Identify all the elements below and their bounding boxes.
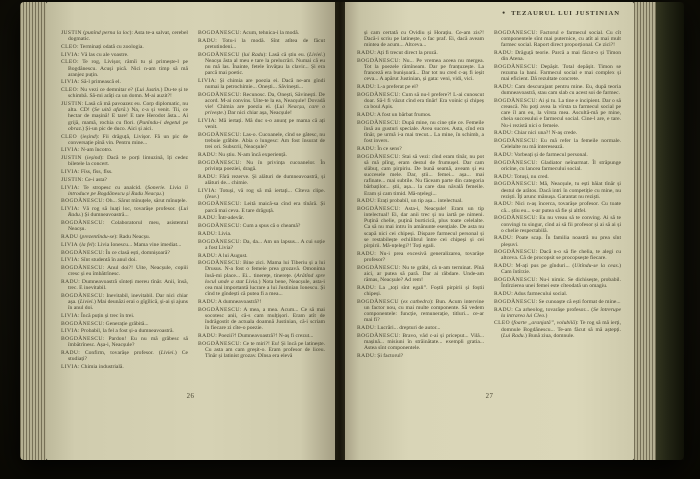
right-page-column-1: și cam certată cu Ovidiu și Horațiu. Ce-… [357,30,484,388]
right-page-text-block: și cam certată cu Ovidiu și Horațiu. Ce-… [357,30,621,388]
dialogue-paragraph: BOGDĂNESCU: Se cunoaște că ești format d… [494,299,621,305]
dialogue-paragraph: BOGDĂNESCU: Acum, tehnica-i la modă. [198,30,325,36]
dialogue-paragraph: CLEO: Nu vezi ce demnitar e? (Lui Justin… [61,87,188,99]
dialogue-paragraph: BOGDĂNESCU: Nu în privința cucoanelor. Î… [198,160,325,172]
right-page: ● TEZAURUL LUI JUSTINIAN și cam certată … [345,2,634,460]
dialogue-paragraph: BOGDĂNESCU: După mine, nu cine știe ce. … [357,120,484,145]
dialogue-paragraph: LIVIA: Vă las cu ale voastre. [61,52,188,58]
dialogue-paragraph: LIVIA: Probabil, la fel a fost și-a dumn… [61,328,188,334]
dialogue-paragraph: BOGDĂNESCU: Cum să nu-l prefere?! L-ai c… [357,92,484,110]
dialogue-paragraph: RADU: L-a preferat pe el? [357,84,484,90]
dialogue-paragraph: BOGDĂNESCU: Stai să vezi: cînd eram tînă… [357,154,484,197]
page-edges-left [20,2,46,460]
dialogue-paragraph: LIVIA: Totuși, vă rog să mă iertați... C… [198,188,325,200]
dialogue-paragraph: RADU: Chiar nici una?! N-aș crede. [494,130,621,136]
right-page-column-2: BOGDĂNESCU: Factorul e farmecul social. … [494,30,621,388]
dialogue-paragraph: BOGDĂNESCU: Inevitabil, inevitabil. Dar … [61,293,188,311]
dialogue-paragraph: BOGDĂNESCU: Ai și tu. La tine e incipien… [494,98,621,129]
dialogue-paragraph: BOGDĂNESCU: Generație grăbită... [61,321,188,327]
dialogue-paragraph: BOGDĂNESCU: Bine zici. Mama lui Tiberiu … [198,260,325,297]
dialogue-paragraph: BOGDĂNESCU: Dacă n-o să fie chelia, te a… [494,249,621,261]
page-edges-right [634,2,656,460]
left-page: JUSTIN (punînd perna la loc): Asta te-a … [46,2,335,460]
dialogue-paragraph: JUSTIN (ieșind): Dacă te porți limuzină,… [61,155,188,167]
dialogue-paragraph: CLEO: Te rog, Livișor, rămîi tu și prime… [61,59,188,77]
dialogue-paragraph: LIVIA: Și chimia are poezia ei. Dacă ne-… [198,78,325,90]
dialogue-paragraph: LIVIA: Te stropesc cu analcid. (Sonerie.… [61,185,188,197]
open-book: JUSTIN (punînd perna la loc): Asta te-a … [20,2,684,460]
dialogue-paragraph: RADU: Nu știu. N-am încă experiență. [198,152,325,158]
running-header: ● TEZAURUL LUI JUSTINIAN [502,10,620,17]
dialogue-paragraph: LIVIA: Vă rog să luați loc, tovarășe pro… [61,206,188,218]
dialogue-paragraph: RADU: Livia. [198,231,325,237]
dialogue-paragraph: BOGDĂNESCU: Eu mă refer la femeile norma… [494,138,621,150]
dialogue-paragraph: CLEO (foarte „aranjată”, volubilă): Te r… [494,320,621,338]
dialogue-paragraph: RADU: Ați fi trecut direct la proză. [357,50,484,56]
dialogue-paragraph: și cam certată cu Ovidiu și Horațiu. Ce-… [357,30,484,48]
dialogue-paragraph: BOGDĂNESCU: Colaboratorul meu, asistentu… [61,220,188,232]
dialogue-paragraph: RADU: Drăguță teorie. Parcă a mai făcut-… [494,50,621,62]
dialogue-paragraph: BOGDĂNESCU: Depășit. Total depășit. Timo… [494,64,621,82]
dialogue-paragraph: JUSTIN: Lasă că mă pavoazez eu. Corp dip… [61,101,188,132]
dialogue-paragraph: JUSTIN: Ce-i asta? [61,177,188,183]
book-cover-edge [656,2,684,460]
dialogue-paragraph: LIVIA (la fel): Livia Ionescu... Mama vi… [61,242,188,248]
dialogue-paragraph: BOGDĂNESCU: Eu nu vreau să te conving. A… [494,215,621,233]
dialogue-paragraph: LIVIA: Sînt studentă în anul doi. [61,257,188,263]
dialogue-paragraph: BOGDĂNESCU (ex cathedra): Bun. Acum inte… [357,299,484,324]
dialogue-paragraph: BOGDĂNESCU: Recunosc. Da, Onești, Săvine… [198,92,325,117]
dialogue-paragraph: RADU: Poate scap. În familia noastră nu … [494,235,621,247]
dialogue-paragraph: RADU: La „toți sînt egali”. Foștii pirpi… [357,285,484,297]
left-page-column-1: JUSTIN (punînd perna la loc): Asta te-a … [61,30,188,388]
dialogue-paragraph: BOGDĂNESCU: Cum a spus că o cheamă? [198,223,325,229]
dialogue-paragraph: RADU: A fost un bărbat frumos. [357,112,484,118]
dialogue-paragraph: RADU: Erați probabil, un tip așa... inte… [357,198,484,204]
dialogue-paragraph: RADU: A lui August. [198,253,325,259]
dialogue-paragraph: BOGDĂNESCU: Gladiator neînarmat. Îl stră… [494,160,621,172]
dialogue-paragraph: RADU (prezentîndu-se): Radu Neacșu. [61,234,188,240]
dialogue-paragraph: RADU: Poezii?! Dumneavoastră?! N-aș fi c… [198,333,325,339]
dialogue-paragraph: RADU: Vorbeați și de farmecul personal. [494,152,621,158]
dialogue-paragraph: RADU: În ce sens? [357,146,484,152]
dialogue-paragraph: RADU: M-ați pus pe gînduri... (Uitîndu-s… [494,263,621,275]
dialogue-paragraph: RADU: Adus farmecului social. [494,291,621,297]
dialogue-paragraph: BOGDĂNESCU: Pardon! Eu nu mă grăbesc să … [61,336,188,348]
dialogue-paragraph: LIVIA: Încă puțin și trec în trei. [61,313,188,319]
dialogue-paragraph: LIVIA: N-am încotro. [61,147,188,153]
dialogue-paragraph: LIVIA: Fîss, fîss, fîss. [61,169,188,175]
dialogue-paragraph: RADU: Nu-i prea excesivă generalizarea, … [357,251,484,263]
page-number-right: 27 [345,393,634,400]
dialogue-paragraph: RADU: Nici n-aș încerca, tovarășe profes… [494,201,621,213]
dialogue-paragraph: BOGDĂNESCU: A mea, a mea. Acum... Ce să … [198,307,325,332]
running-header-title: TEZAURUL LUI JUSTINIAN [511,10,620,17]
dialogue-paragraph: JUSTIN (punînd perna la loc): Asta te-a … [61,30,188,42]
dialogue-paragraph: RADU: Ca arheolog, tovarășe profesor... … [494,307,621,319]
dialogue-paragraph: BOGDĂNESCU: Mă, Neacșule, tu ești băiat … [494,181,621,199]
dialogue-paragraph: BOGDĂNESCU: Anul doi?! Uite, Neacșule, c… [61,265,188,277]
dialogue-paragraph: BOGDĂNESCU: În ce clasă ești, domnișoară… [61,250,188,256]
dialogue-paragraph: LIVIA: Mă iertați. Mă duc s-o anunț pe m… [198,118,325,130]
dialogue-paragraph: BOGDĂNESCU: Da, da... Am un lapsus... A … [198,239,325,251]
dialogue-paragraph: LIVIA: Chimia industrială. [61,364,188,370]
dialogue-paragraph: RADU: Lucrări... drepturi de autor... [357,325,484,331]
dialogue-paragraph: RADU: Cam descurajant pentru mine. Eu, d… [494,84,621,96]
dialogue-paragraph: RADU: Totu-i la modă. Sînt atîtea de făc… [198,38,325,50]
dialogue-paragraph: BOGDĂNESCU: Las-o. Cucoanele, cînd se gă… [198,132,325,150]
dialogue-paragraph: BOGDĂNESCU: Factorul e farmecul social. … [494,30,621,48]
dialogue-paragraph: BOGDĂNESCU: Asta-i, Neacșule! Eram un ti… [357,206,484,249]
dialogue-paragraph: RADU: A dumneavoastră?! [198,299,325,305]
dialogue-paragraph: BOGDĂNESCU: Leită maică-sa cînd era tînă… [198,201,325,213]
dialogue-paragraph: BOGDĂNESCU: Nu-i nimic. Se dichisește, p… [494,277,621,289]
dialogue-paragraph: BOGDĂNESCU: Nu... Pe vremea aceea nu mer… [357,58,484,83]
dialogue-paragraph: BOGDĂNESCU: Nu te grăbi, că n-am termina… [357,265,484,283]
dialogue-paragraph: RADU: Fără rezerve. Și alături de dumnea… [198,174,325,186]
dialogue-paragraph: RADU: Dumneavoastră sînteți mereu tînăr.… [61,279,188,291]
dialogue-paragraph: RADU: Și factorul? [357,353,484,359]
left-page-text-block: JUSTIN (punînd perna la loc): Asta te-a … [61,30,325,388]
page-number-left: 26 [46,393,335,400]
dialogue-paragraph: BOGDĂNESCU: Bravo, văd c-ai și priceput.… [357,333,484,351]
dialogue-paragraph: LIVIA: Să-l primească el. [61,79,188,85]
dialogue-paragraph: BOGDĂNESCU: Oh... Sărut mînuțele, sărut … [61,198,188,204]
dialogue-paragraph: BOGDĂNESCU (lui Radu): Lasă că știu eu. … [198,52,325,77]
dialogue-paragraph: RADU: Într-adevăr. [198,215,325,221]
dialogue-paragraph: RADU: Confirm, tovarășe profesor. (Livie… [61,350,188,362]
dialogue-paragraph: RADU: Totuși, nu cred. [494,174,621,180]
dialogue-paragraph: CLEO (ieșind): Fii drăguță, Livișor. Fă … [61,134,188,146]
left-page-column-2: BOGDĂNESCU: Acum, tehnica-i la modă.RADU… [198,30,325,388]
photo-background: JUSTIN (punînd perna la loc): Asta te-a … [0,0,700,479]
dialogue-paragraph: CLEO: Terminați odată cu zoologia. [61,44,188,50]
book-gutter-shadow [335,2,345,460]
dialogue-paragraph: BOGDĂNESCU: Ce te miri?! Eu! Și încă pe … [198,341,325,359]
bullet-icon: ● [502,11,506,17]
